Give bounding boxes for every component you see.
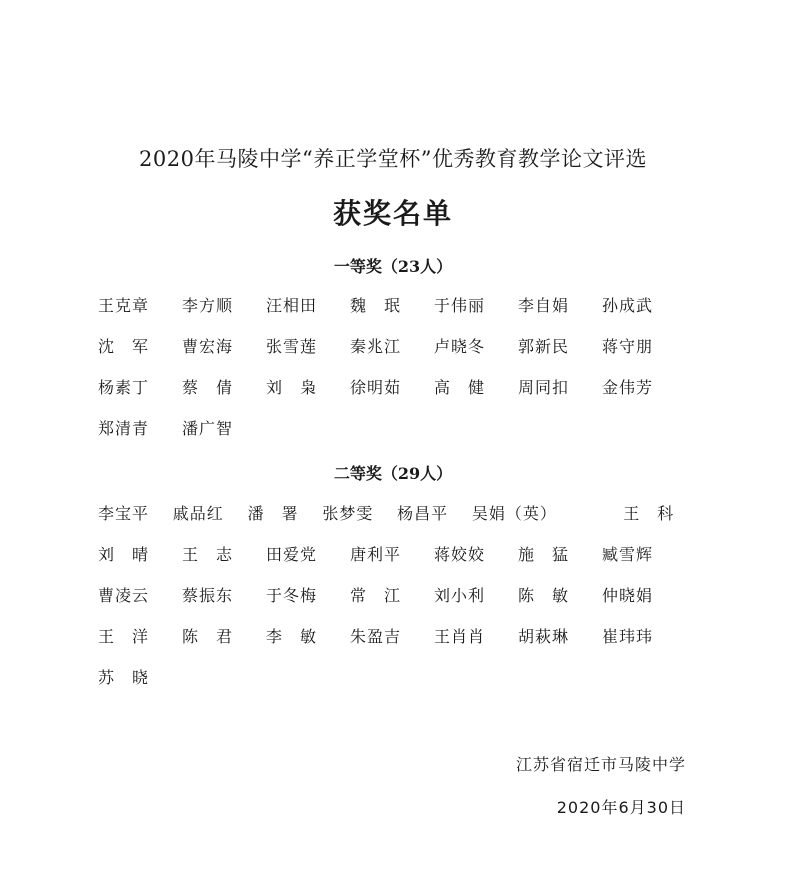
first-prize-list: 王克章李方顺汪相田魏 珉于伟丽李自娟孙成武沈 军曹宏海张雪莲秦兆江卢晓冬郭新民蒋… [98,284,698,448]
award-name: 高 健 [434,375,518,398]
award-name: 卢晓冬 [434,334,518,357]
name-row: 曹凌云蔡振东于冬梅常 江刘小利陈 敏仲晓娟 [98,574,698,615]
award-name: 李方顺 [182,293,266,316]
page-title: 2020年马陵中学“养正学堂杯”优秀教育教学论文评选 [0,143,786,173]
name-row: 王 洋陈 君李 敏朱盈吉王肖肖胡萩琳崔玮玮 [98,615,698,656]
award-name: 曹凌云 [98,583,182,606]
award-name: 徐明茹 [350,375,434,398]
award-name: 潘广智 [182,416,266,439]
award-name: 杨昌平 [397,501,472,524]
award-name: 崔玮玮 [602,624,686,647]
page-subtitle: 获奖名单 [0,192,786,232]
award-name: 杨素丁 [98,375,182,398]
name-row: 王克章李方顺汪相田魏 珉于伟丽李自娟孙成武 [98,284,698,325]
name-row: 杨素丁蔡 倩刘 枭徐明茹高 健周同扣金伟芳 [98,366,698,407]
award-name: 刘小利 [434,583,518,606]
award-name: 张梦雯 [322,501,397,524]
award-name: 朱盈吉 [350,624,434,647]
award-name: 王肖肖 [434,624,518,647]
award-name: 戚品红 [173,501,248,524]
award-name: 曹宏海 [182,334,266,357]
name-row: 李宝平戚品红潘 署张梦雯杨昌平吴娟（英）王 科 [98,492,698,533]
award-name: 唐利平 [350,542,434,565]
award-name: 孙成武 [602,293,686,316]
award-name: 郭新民 [518,334,602,357]
second-prize-heading: 二等奖（29人） [0,461,786,484]
award-name: 潘 署 [248,501,323,524]
award-name: 常 江 [350,583,434,606]
award-name: 蒋姣姣 [434,542,518,565]
second-prize-list: 李宝平戚品红潘 署张梦雯杨昌平吴娟（英）王 科刘 晴王 志田爱党唐利平蒋姣姣施 … [98,492,698,697]
name-row: 郑清青潘广智 [98,407,698,448]
name-row: 沈 军曹宏海张雪莲秦兆江卢晓冬郭新民蒋守朋 [98,325,698,366]
award-name: 王 科 [623,501,698,524]
award-name: 于伟丽 [434,293,518,316]
award-name: 仲晓娟 [602,583,686,606]
award-name: 刘 枭 [266,375,350,398]
award-name: 蒋守朋 [602,334,686,357]
award-name: 胡萩琳 [518,624,602,647]
footer-organization: 江苏省宿迁市马陵中学 [516,752,686,775]
award-name: 汪相田 [266,293,350,316]
footer-date: 2020年6月30日 [557,795,686,818]
award-name: 王克章 [98,293,182,316]
award-name: 王 志 [182,542,266,565]
award-name: 陈 敏 [518,583,602,606]
award-name: 王 洋 [98,624,182,647]
award-name: 吴娟（英） [472,501,623,524]
name-row: 刘 晴王 志田爱党唐利平蒋姣姣施 猛臧雪辉 [98,533,698,574]
award-name: 苏 晓 [98,665,182,688]
name-row: 苏 晓 [98,656,698,697]
award-name: 田爱党 [266,542,350,565]
award-name: 秦兆江 [350,334,434,357]
award-name: 蔡 倩 [182,375,266,398]
award-name: 金伟芳 [602,375,686,398]
award-name: 沈 军 [98,334,182,357]
award-name: 郑清青 [98,416,182,439]
award-name: 刘 晴 [98,542,182,565]
award-name: 于冬梅 [266,583,350,606]
award-name: 魏 珉 [350,293,434,316]
award-name: 李宝平 [98,501,173,524]
award-name: 施 猛 [518,542,602,565]
award-name: 臧雪辉 [602,542,686,565]
first-prize-heading: 一等奖（23人） [0,254,786,277]
award-name: 蔡振东 [182,583,266,606]
award-name: 李自娟 [518,293,602,316]
award-name: 周同扣 [518,375,602,398]
award-name: 张雪莲 [266,334,350,357]
award-name: 陈 君 [182,624,266,647]
award-name: 李 敏 [266,624,350,647]
